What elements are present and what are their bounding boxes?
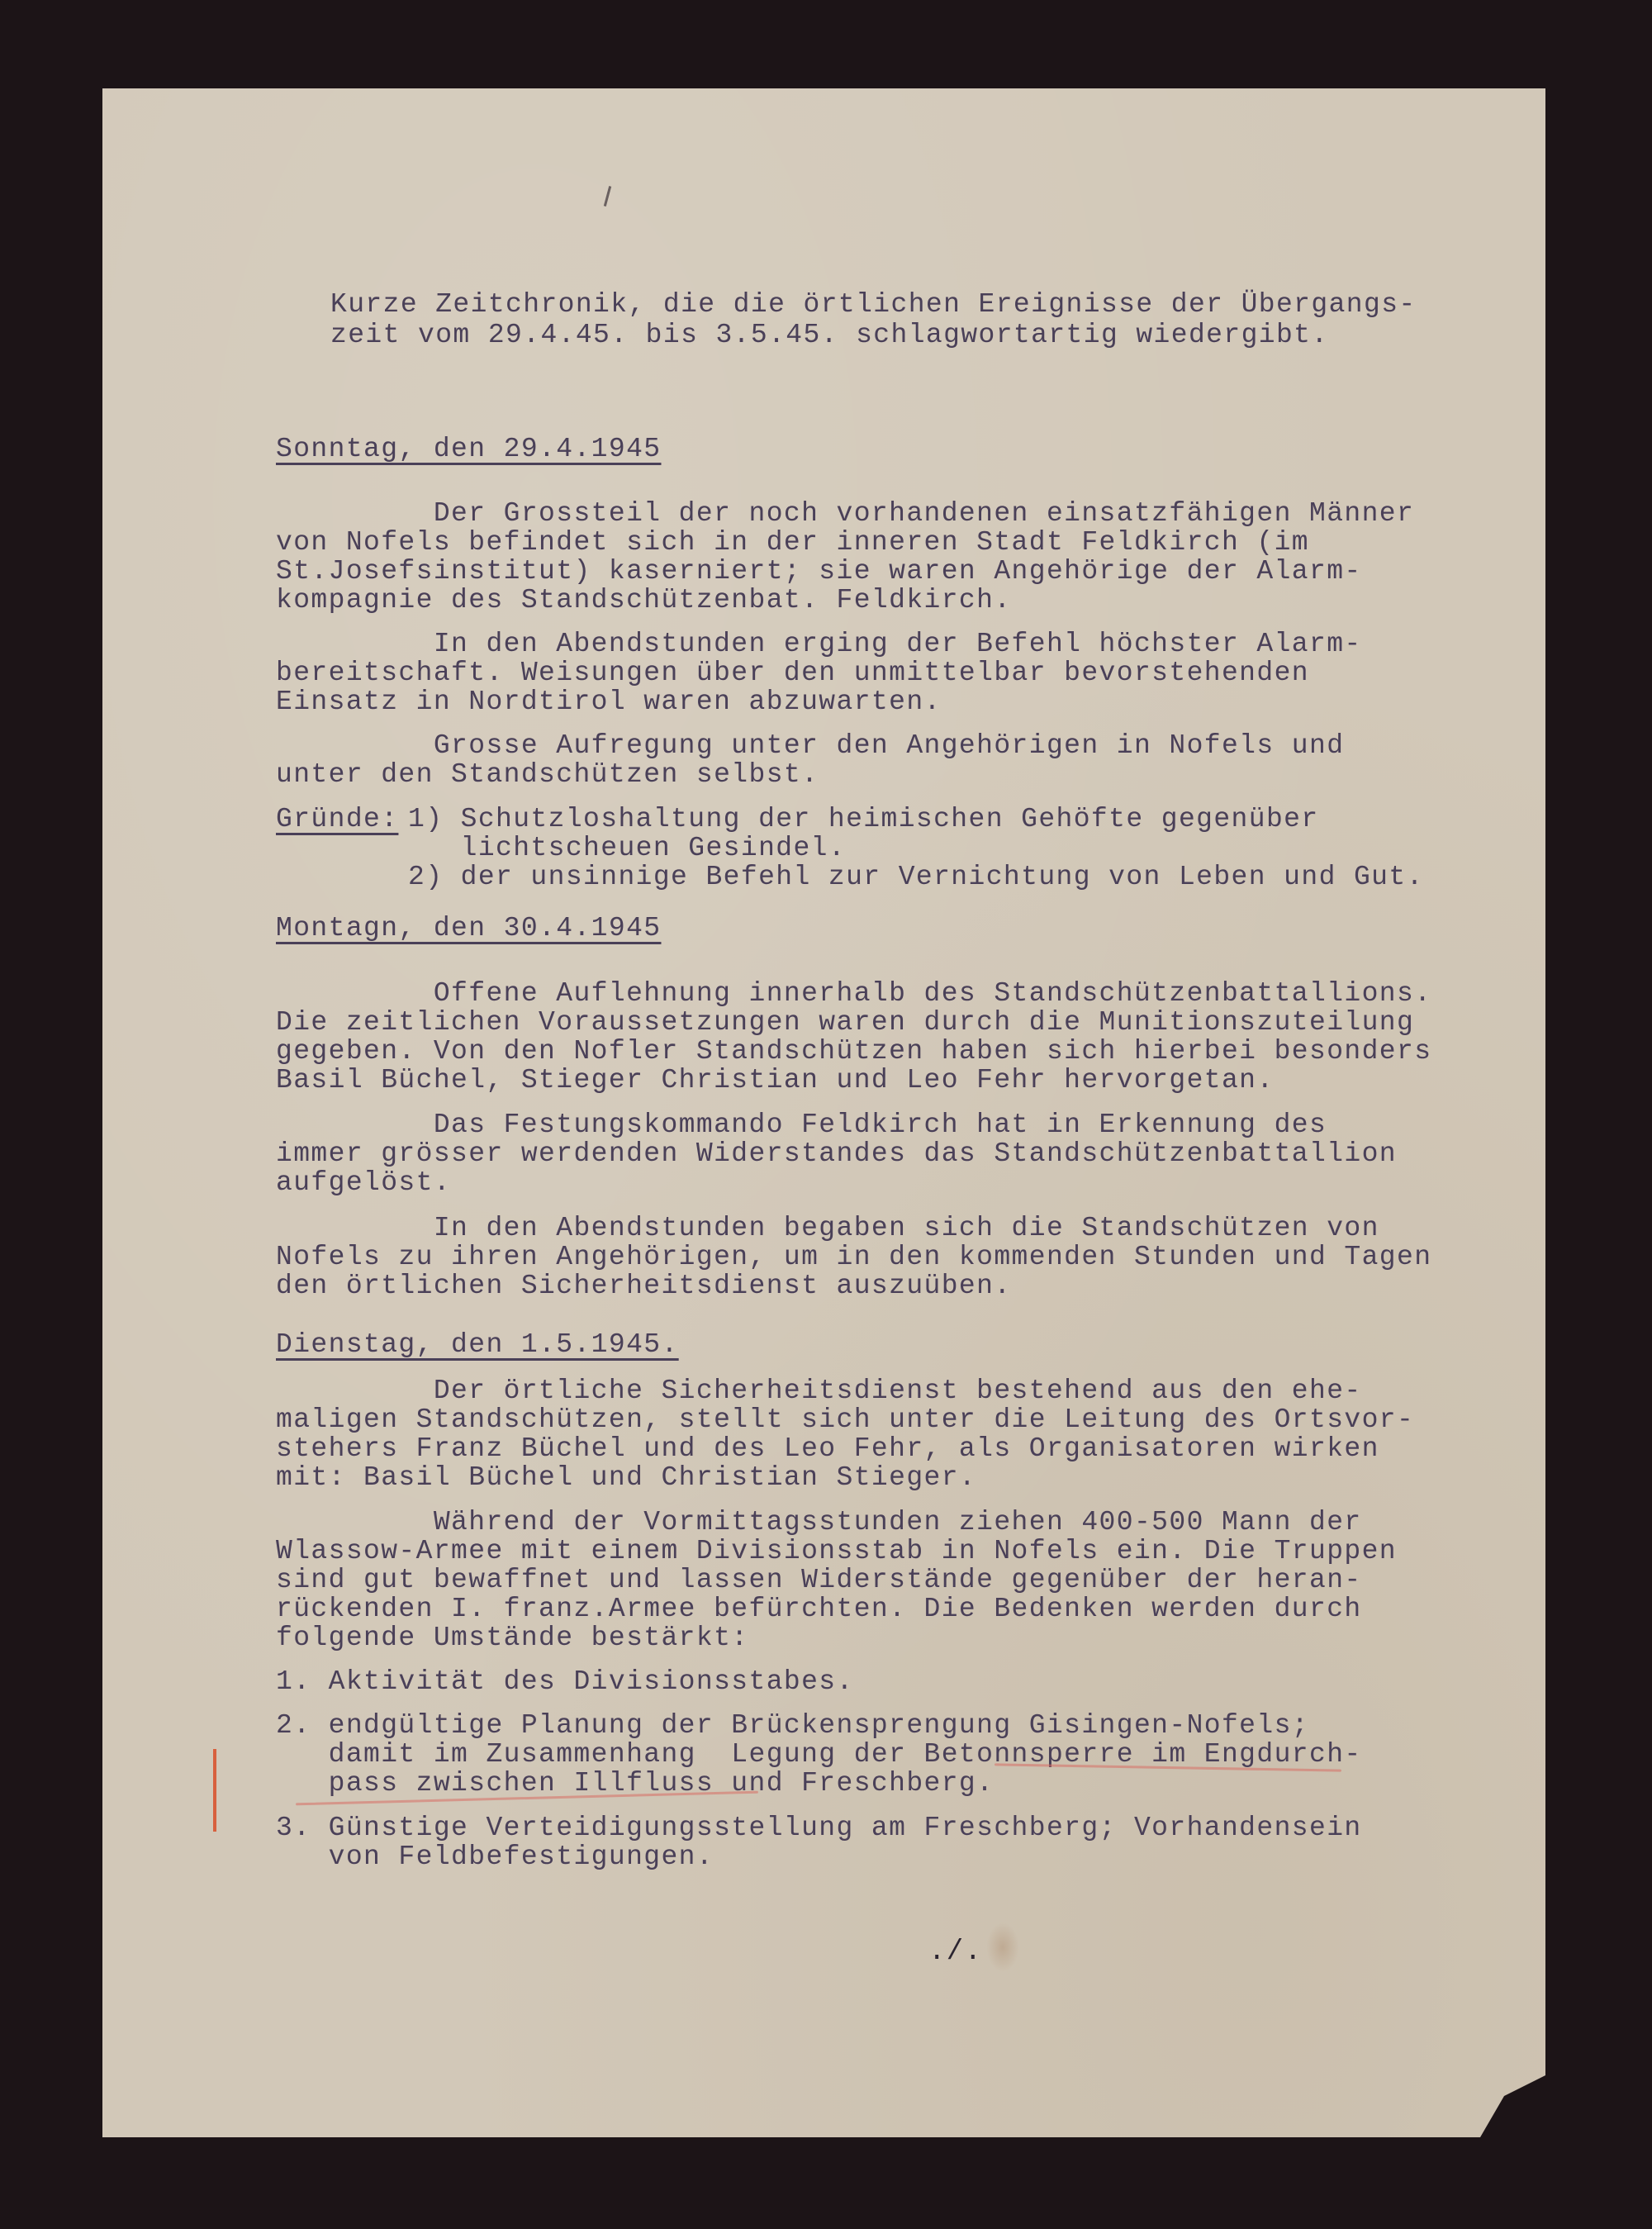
body-line: kompagnie des Standschützenbat. Feldkirc…	[276, 585, 1012, 615]
body-line: bereitschaft. Weisungen über den unmitte…	[276, 658, 1309, 688]
body-line: immer grösser werdenden Widerstandes das…	[276, 1138, 1397, 1169]
section-heading-tuesday: Dienstag, den 1.5.1945.	[276, 1329, 679, 1360]
section-heading-monday: Montagn, den 30.4.1945	[276, 913, 661, 943]
body-line: Das Festungskommando Feldkirch hat in Er…	[276, 1110, 1327, 1140]
body-line: folgende Umstände bestärkt:	[276, 1623, 749, 1653]
body-line: mit: Basil Büchel und Christian Stieger.	[276, 1462, 976, 1493]
paper-sheet: Kurze Zeitchronik, die die örtlichen Ere…	[102, 88, 1545, 2137]
body-line: Offene Auflehnung innerhalb des Standsch…	[276, 978, 1431, 1009]
body-line: maligen Standschützen, stellt sich unter…	[276, 1404, 1414, 1435]
typed-document: Kurze Zeitchronik, die die örtlichen Ere…	[102, 88, 1545, 2137]
reason-item: lichtscheuen Gesindel.	[408, 833, 846, 863]
body-line: den örtlichen Sicherheitsdienst auszuübe…	[276, 1271, 1012, 1301]
numbered-item: von Feldbefestigungen.	[276, 1842, 714, 1872]
body-line: gegeben. Von den Nofler Standschützen ha…	[276, 1036, 1431, 1067]
body-line: In den Abendstunden erging der Befehl hö…	[276, 629, 1362, 659]
body-line: sind gut bewaffnet und lassen Widerständ…	[276, 1565, 1362, 1595]
reason-item: 1) Schutzloshaltung der heimischen Gehöf…	[408, 804, 1319, 834]
body-line: Der Grossteil der noch vorhandenen einsa…	[276, 498, 1414, 529]
body-line: Wlassow-Armee mit einem Divisionsstab in…	[276, 1536, 1397, 1566]
title-line-1: Kurze Zeitchronik, die die örtlichen Ere…	[330, 289, 1417, 320]
body-line: stehers Franz Büchel und des Leo Fehr, a…	[276, 1433, 1379, 1464]
numbered-item: 2. endgültige Planung der Brückensprengu…	[276, 1710, 1309, 1741]
body-line: Der örtliche Sicherheitsdienst bestehend…	[276, 1376, 1362, 1406]
body-line: Nofels zu ihren Angehörigen, um in den k…	[276, 1242, 1431, 1272]
body-line: rückenden I. franz.Armee befürchten. Die…	[276, 1594, 1362, 1624]
reason-item: 2) der unsinnige Befehl zur Vernichtung …	[408, 862, 1424, 892]
body-line: Basil Büchel, Stieger Christian und Leo …	[276, 1065, 1275, 1095]
body-line: Während der Vormittagsstunden ziehen 400…	[276, 1507, 1362, 1537]
body-line: unter den Standschützen selbst.	[276, 759, 819, 790]
body-line: Grosse Aufregung unter den Angehörigen i…	[276, 730, 1344, 761]
body-line: Einsatz in Nordtirol waren abzuwarten.	[276, 687, 942, 717]
continuation-mark: ./.	[928, 1937, 982, 1968]
title-line-2: zeit vom 29.4.45. bis 3.5.45. schlagwort…	[330, 320, 1329, 350]
numbered-item: damit im Zusammenhang Legung der Betonns…	[276, 1739, 1362, 1770]
body-line: von Nofels befindet sich in der inneren …	[276, 527, 1309, 558]
reasons-label: Gründe:	[276, 804, 398, 834]
body-line: aufgelöst.	[276, 1167, 451, 1198]
section-heading-sunday: Sonntag, den 29.4.1945	[276, 434, 661, 464]
body-line: In den Abendstunden begaben sich die Sta…	[276, 1213, 1379, 1243]
numbered-item: 3. Günstige Verteidigungsstellung am Fre…	[276, 1813, 1362, 1843]
body-line: St.Josefsinstitut) kaserniert; sie waren…	[276, 556, 1362, 587]
body-line: Die zeitlichen Voraussetzungen waren dur…	[276, 1007, 1414, 1038]
numbered-item: 1. Aktivität des Divisionsstabes.	[276, 1666, 854, 1697]
